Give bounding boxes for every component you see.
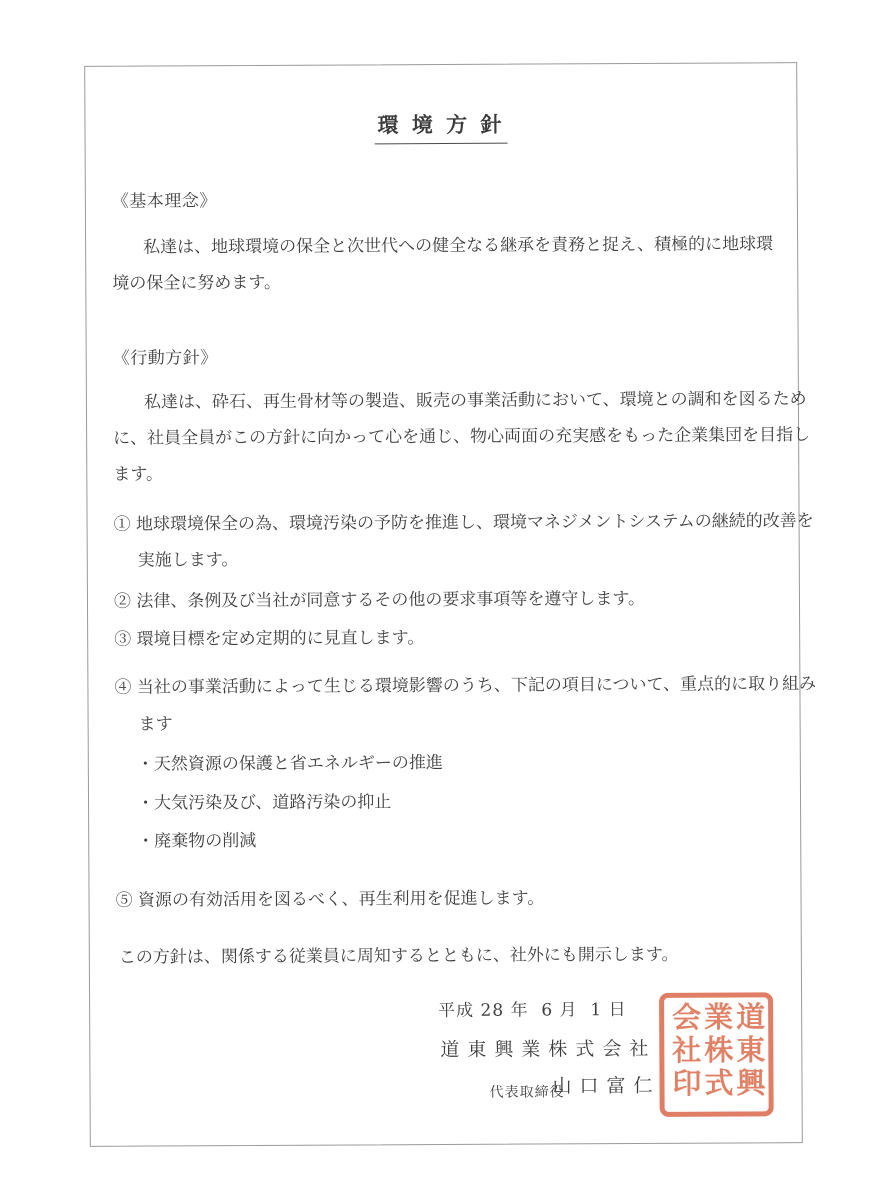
signature-date: 平成 28 年 6 月 1 日	[438, 999, 627, 1022]
seal-column-right: 道東興	[732, 1001, 764, 1107]
basic-principle-line-1: 私達は、地球環境の保全と次世代への健全なる継承を責務と捉え、積極的に地球環	[143, 233, 773, 258]
action-policy-line-2: に、社員全員がこの方針に向かって心を通じ、物心両面の充実感をもった企業集団を目指…	[113, 424, 810, 450]
document-title-row: 環 境 方 針	[85, 107, 796, 146]
policy-item-5: ⑤ 資源の有効活用を図るべく、再生利用を促進します。	[115, 887, 544, 911]
document-page: 環 境 方 針 《基本理念》 私達は、地球環境の保全と次世代への健全なる継承を責…	[84, 62, 803, 1147]
policy-item-4-bullet-1: ・天然資源の保護と省エネルギーの推進	[137, 752, 443, 776]
basic-principle-heading: 《基本理念》	[112, 190, 217, 213]
basic-principle-line-2: 境の保全に努めます。	[112, 272, 281, 295]
policy-item-4-bullet-2: ・大気汚染及び、道路汚染の抑止	[137, 791, 391, 814]
document-title: 環 境 方 針	[374, 109, 507, 145]
seal-column-left: 会社印	[668, 1002, 700, 1108]
policy-item-3: ③ 環境目標を定め定期的に見直します。	[114, 627, 424, 651]
company-seal-stamp: 道東興 業株式 会社印	[659, 992, 774, 1117]
policy-item-2: ② 法律、条例及び当社が同意するその他の要求事項等を遵守します。	[114, 588, 645, 613]
action-policy-heading: 《行動方針》	[113, 347, 218, 370]
policy-item-1-line-2: 実施します。	[138, 549, 239, 572]
representative-name: 山口富仁	[552, 1075, 660, 1098]
policy-item-4-bullet-3: ・廃棄物の削減	[137, 830, 256, 853]
company-name: 道東興業株式会社	[440, 1038, 656, 1061]
policy-item-4-line-1: ④ 当社の事業活動によって生じる環境影響のうち、下記の項目について、重点的に取り…	[114, 673, 816, 699]
policy-item-4-line-2: ます	[139, 713, 173, 735]
action-policy-line-3: ます。	[113, 463, 163, 485]
action-policy-line-1: 私達は、砕石、再生骨材等の製造、販売の事業活動において、環境との調和を図るため	[144, 388, 807, 413]
closing-statement: この方針は、関係する従業員に周知するとともに、社外にも開示します。	[119, 944, 679, 969]
scanned-document: 環 境 方 針 《基本理念》 私達は、地球環境の保全と次世代への健全なる継承を責…	[0, 0, 890, 1200]
seal-column-middle: 業株式	[700, 1001, 732, 1107]
policy-item-1-line-1: ① 地球環境保全の為、環境汚染の予防を推進し、環境マネジメントシステムの継続的改…	[114, 510, 814, 536]
